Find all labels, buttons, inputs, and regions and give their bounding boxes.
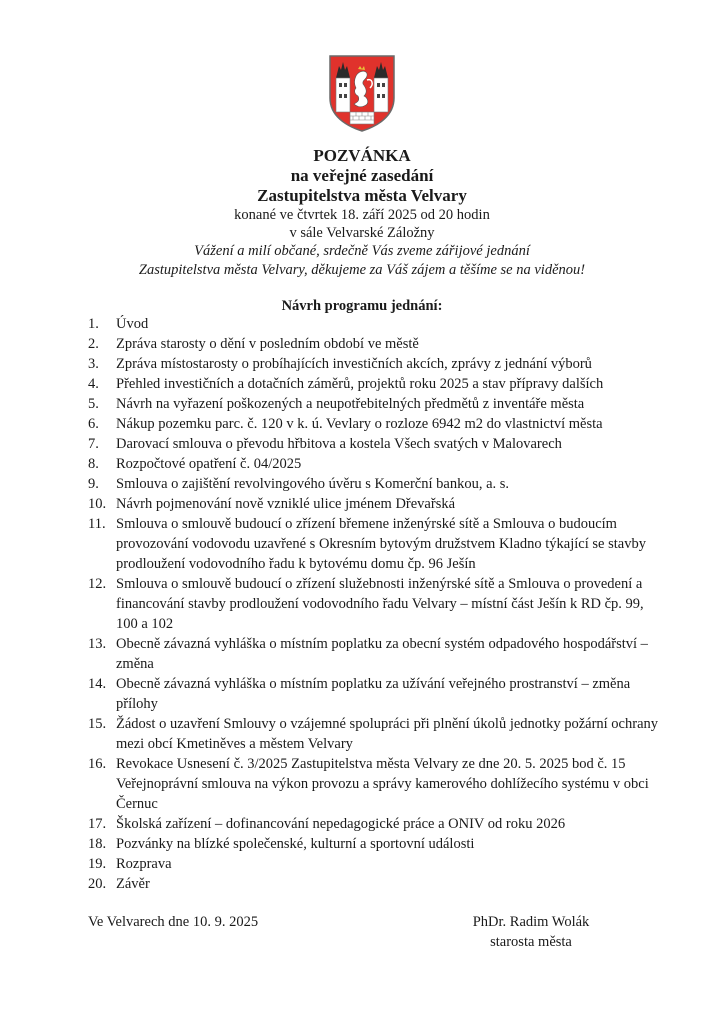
agenda-item-number: 15. — [88, 714, 106, 734]
agenda-item: 20.Závěr — [88, 874, 658, 894]
meeting-place: v sále Velvarské Záložny — [0, 224, 724, 242]
agenda-item: 7.Darovací smlouva o převodu hřbitova a … — [88, 434, 658, 454]
agenda-item-number: 4. — [88, 374, 99, 394]
agenda-item-text: Revokace Usnesení č. 3/2025 Zastupitelst… — [116, 756, 649, 812]
agenda-item-text: Rozprava — [116, 856, 172, 872]
signature-block: PhDr. Radim Wolák starosta města — [466, 912, 596, 952]
agenda-item: 13.Obecně závazná vyhláška o místním pop… — [88, 634, 658, 674]
agenda-item-number: 5. — [88, 394, 99, 414]
agenda-item-text: Obecně závazná vyhláška o místním poplat… — [116, 636, 648, 672]
agenda-list: 1.Úvod2.Zpráva starosty o dění v posledn… — [88, 314, 658, 894]
agenda-item: 2.Zpráva starosty o dění v posledním obd… — [88, 334, 658, 354]
agenda-item-number: 10. — [88, 494, 106, 514]
agenda-item: 10.Návrh pojmenování nově vzniklé ulice … — [88, 494, 658, 514]
agenda-item-text: Zpráva starosty o dění v posledním obdob… — [116, 336, 419, 352]
agenda-item-number: 2. — [88, 334, 99, 354]
agenda-item-number: 18. — [88, 834, 106, 854]
agenda-item: 1.Úvod — [88, 314, 658, 334]
agenda-item: 17.Školská zařízení – dofinancování nepe… — [88, 814, 658, 834]
document-title: POZVÁNKA — [0, 146, 724, 166]
agenda-item-text: Smlouva o smlouvě budoucí o zřízení služ… — [116, 576, 644, 632]
program-title: Návrh programu jednání: — [0, 297, 724, 315]
agenda-item-text: Žádost o uzavření Smlouvy o vzájemné spo… — [116, 716, 658, 752]
invitation-header: POZVÁNKA na veřejné zasedání Zastupitels… — [0, 146, 724, 280]
agenda-item-text: Přehled investičních a dotačních záměrů,… — [116, 376, 603, 392]
agenda-item-text: Pozvánky na blízké společenské, kulturní… — [116, 836, 474, 852]
agenda-item-text: Smlouva o zajištění revolvingového úvěru… — [116, 476, 509, 492]
document-subtitle: na veřejné zasedání — [0, 166, 724, 186]
agenda-item-text: Obecně závazná vyhláška o místním poplat… — [116, 676, 630, 712]
agenda-item: 4.Přehled investičních a dotačních záměr… — [88, 374, 658, 394]
agenda-item-number: 1. — [88, 314, 99, 334]
agenda-item-number: 17. — [88, 814, 106, 834]
agenda-item-text: Úvod — [116, 316, 148, 332]
agenda-item-number: 8. — [88, 454, 99, 474]
agenda-item-text: Smlouva o smlouvě budoucí o zřízení břem… — [116, 516, 646, 572]
agenda-item: 11.Smlouva o smlouvě budoucí o zřízení b… — [88, 514, 658, 574]
agenda-item-text: Darovací smlouva o převodu hřbitova a ko… — [116, 436, 562, 452]
agenda-item-text: Závěr — [116, 876, 150, 892]
agenda-item: 14.Obecně závazná vyhláška o místním pop… — [88, 674, 658, 714]
agenda-item-number: 7. — [88, 434, 99, 454]
agenda-item-text: Rozpočtové opatření č. 04/2025 — [116, 456, 301, 472]
signatory-role: starosta města — [466, 932, 596, 952]
agenda-item: 9.Smlouva o zajištění revolvingového úvě… — [88, 474, 658, 494]
agenda-item: 3.Zpráva místostarosty o probíhajících i… — [88, 354, 658, 374]
place-and-date: Ve Velvarech dne 10. 9. 2025 — [88, 912, 258, 932]
agenda-item-number: 14. — [88, 674, 106, 694]
agenda-item-number: 6. — [88, 414, 99, 434]
signatory-name: PhDr. Radim Wolák — [466, 912, 596, 932]
agenda-item: 6.Nákup pozemku parc. č. 120 v k. ú. Vev… — [88, 414, 658, 434]
agenda-item-text: Školská zařízení – dofinancování nepedag… — [116, 816, 565, 832]
agenda-item: 8.Rozpočtové opatření č. 04/2025 — [88, 454, 658, 474]
agenda-item: 18.Pozvánky na blízké společenské, kultu… — [88, 834, 658, 854]
greeting-line-1: Vážení a milí občané, srdečně Vás zveme … — [0, 242, 724, 261]
agenda-item-text: Zpráva místostarosty o probíhajících inv… — [116, 356, 592, 372]
agenda-item-text: Návrh pojmenování nově vzniklé ulice jmé… — [116, 496, 455, 512]
agenda-item-number: 13. — [88, 634, 106, 654]
agenda-item-text: Nákup pozemku parc. č. 120 v k. ú. Vevla… — [116, 416, 603, 432]
agenda-item-number: 16. — [88, 754, 106, 774]
agenda-item-number: 9. — [88, 474, 99, 494]
agenda-item-number: 19. — [88, 854, 106, 874]
greeting-line-2: Zastupitelstva města Velvary, děkujeme z… — [0, 261, 724, 280]
velvary-coat-of-arms-icon — [328, 54, 396, 132]
agenda-item-number: 3. — [88, 354, 99, 374]
agenda-item: 15.Žádost o uzavření Smlouvy o vzájemné … — [88, 714, 658, 754]
council-name: Zastupitelstva města Velvary — [0, 186, 724, 206]
agenda-item-number: 12. — [88, 574, 106, 594]
agenda-item: 12.Smlouva o smlouvě budoucí o zřízení s… — [88, 574, 658, 634]
agenda-item: 16.Revokace Usnesení č. 3/2025 Zastupite… — [88, 754, 658, 814]
agenda-item-text: Návrh na vyřazení poškozených a neupotře… — [116, 396, 584, 412]
agenda-item-number: 20. — [88, 874, 106, 894]
agenda-item: 5.Návrh na vyřazení poškozených a neupot… — [88, 394, 658, 414]
meeting-time: konané ve čtvrtek 18. září 2025 od 20 ho… — [0, 206, 724, 224]
agenda-item: 19.Rozprava — [88, 854, 658, 874]
agenda-item-number: 11. — [88, 514, 106, 534]
